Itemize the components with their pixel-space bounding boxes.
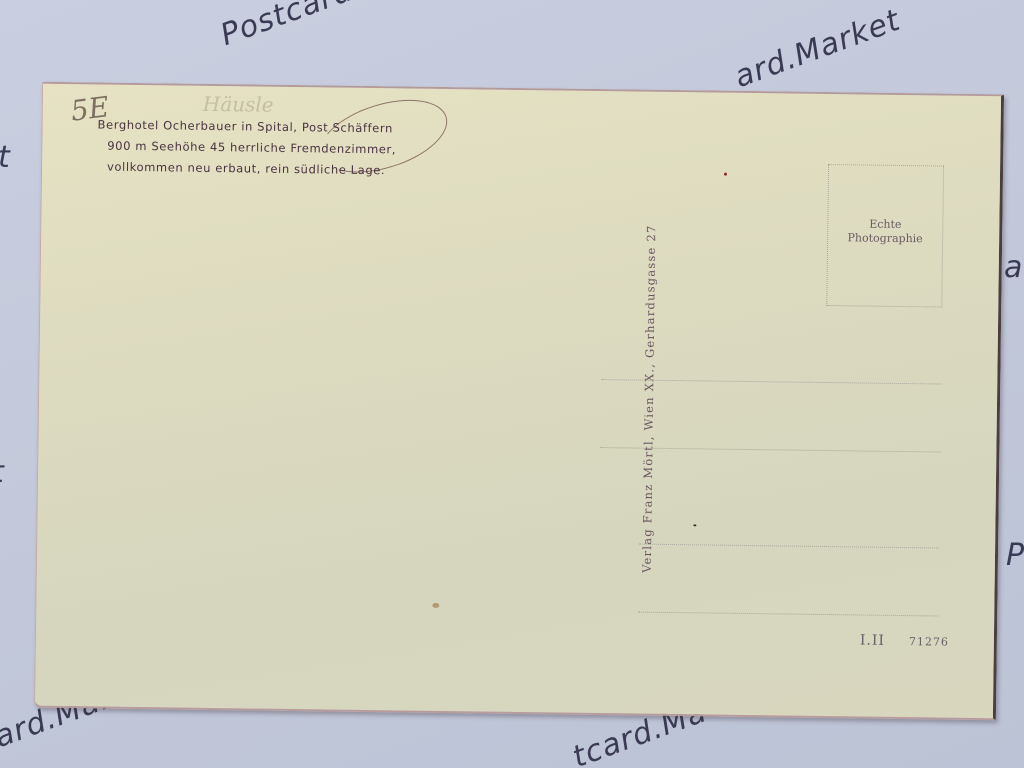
address-line-4 — [638, 612, 938, 617]
postcard-back: 5E Häusle Berghotel Ocherbauer in Spital… — [34, 82, 1004, 721]
stain-spot — [724, 173, 727, 176]
stamp-line-2: Photographie — [828, 231, 942, 246]
address-line-3 — [639, 544, 939, 549]
stamp-box-text: Echte Photographie — [828, 217, 942, 246]
stamp-box: Echte Photographie — [826, 164, 944, 308]
stamp-line-1: Echte — [828, 217, 942, 232]
card-code: I.II71276 — [860, 632, 949, 649]
watermark-right-lower: P — [1006, 538, 1024, 573]
publisher-imprint: Verlag Franz Mörtl, Wien XX., Gerhardusg… — [639, 189, 658, 609]
hotel-header: Berghotel Ocherbauer in Spital, Post Sch… — [97, 114, 397, 181]
watermark-postcard-top: Postcard — [216, 0, 358, 53]
watermark-right-mid: a — [1004, 250, 1023, 285]
watermark-left-upper: t — [0, 140, 11, 175]
code-number: 71276 — [909, 635, 949, 649]
header-line-3: vollkommen neu erbaut, rein südliche Lag… — [97, 156, 396, 181]
stain-spot — [432, 603, 439, 608]
code-mark: I.II — [860, 632, 885, 648]
watermark-market-top: ard.Market — [730, 3, 905, 95]
watermark-left-lower: t — [0, 455, 5, 490]
pencil-name: Häusle — [203, 92, 274, 117]
stain-spot — [693, 524, 696, 526]
